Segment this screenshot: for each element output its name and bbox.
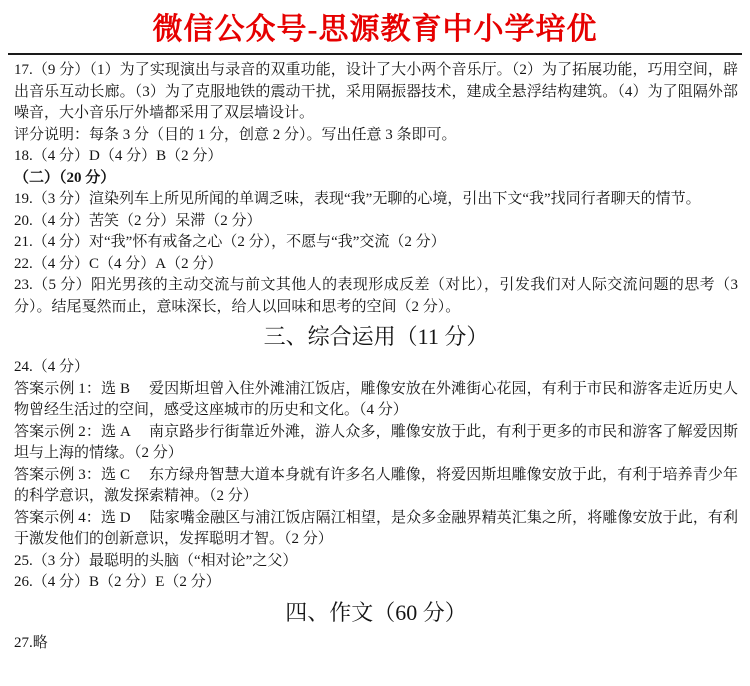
answer-item-19: 19.（3 分）渲染列车上所见所闻的单调乏味，表现“我”无聊的心境，引出下文“我… bbox=[14, 189, 738, 211]
content: 17.（9 分）（1）为了实现演出与录音的双重功能，设计了大小两个音乐厅。（2）… bbox=[0, 55, 750, 654]
scoring-note: 评分说明：每条 3 分（目的 1 分，创意 2 分）。写出任意 3 条即可。 bbox=[14, 125, 738, 147]
answer-item-20: 20.（4 分）苦笑（2 分）呆滞（2 分） bbox=[14, 211, 738, 233]
section-heading-4: 四、作文（60 分） bbox=[14, 597, 738, 629]
answer-item-27: 27.略 bbox=[14, 633, 738, 655]
answer-item-26: 26.（4 分）B（2 分）E（2 分） bbox=[14, 572, 738, 594]
answer-item-18: 18.（4 分）D（4 分）B（2 分） bbox=[14, 146, 738, 168]
answer-item-24: 24.（4 分） bbox=[14, 357, 738, 379]
answer-item-23: 23.（5 分）阳光男孩的主动交流与前文其他人的表现形成反差（对比），引发我们对… bbox=[14, 275, 738, 318]
answer-example-2: 答案示例 2：选 A 南京路步行街靠近外滩，游人众多，雕像安放于此，有利于更多的… bbox=[14, 422, 738, 465]
answer-item-25: 25.（3 分）最聪明的头脑（“相对论”之父） bbox=[14, 551, 738, 573]
section-heading-3: 三、综合运用（11 分） bbox=[14, 321, 738, 353]
answer-example-3: 答案示例 3：选 C 东方绿舟智慧大道本身就有许多名人雕像，将爱因斯坦雕像安放于… bbox=[14, 465, 738, 508]
answer-key-page: 微信公众号-思源教育中小学培优 17.（9 分）（1）为了实现演出与录音的双重功… bbox=[0, 0, 750, 686]
answer-example-4: 答案示例 4：选 D 陆家嘴金融区与浦江饭店隔江相望，是众多金融界精英汇集之所，… bbox=[14, 508, 738, 551]
answer-example-1: 答案示例 1：选 B 爱因斯坦曾入住外滩浦江饭店，雕像安放在外滩街心花园，有利于… bbox=[14, 379, 738, 422]
answer-item-22: 22.（4 分）C（4 分）A（2 分） bbox=[14, 254, 738, 276]
answer-item-17: 17.（9 分）（1）为了实现演出与录音的双重功能，设计了大小两个音乐厅。（2）… bbox=[14, 60, 738, 125]
answer-item-21: 21.（4 分）对“我”怀有戒备之心（2 分），不愿与“我”交流（2 分） bbox=[14, 232, 738, 254]
page-title: 微信公众号-思源教育中小学培优 bbox=[0, 0, 750, 49]
section-label-part2: （二）（20 分） bbox=[14, 168, 738, 190]
